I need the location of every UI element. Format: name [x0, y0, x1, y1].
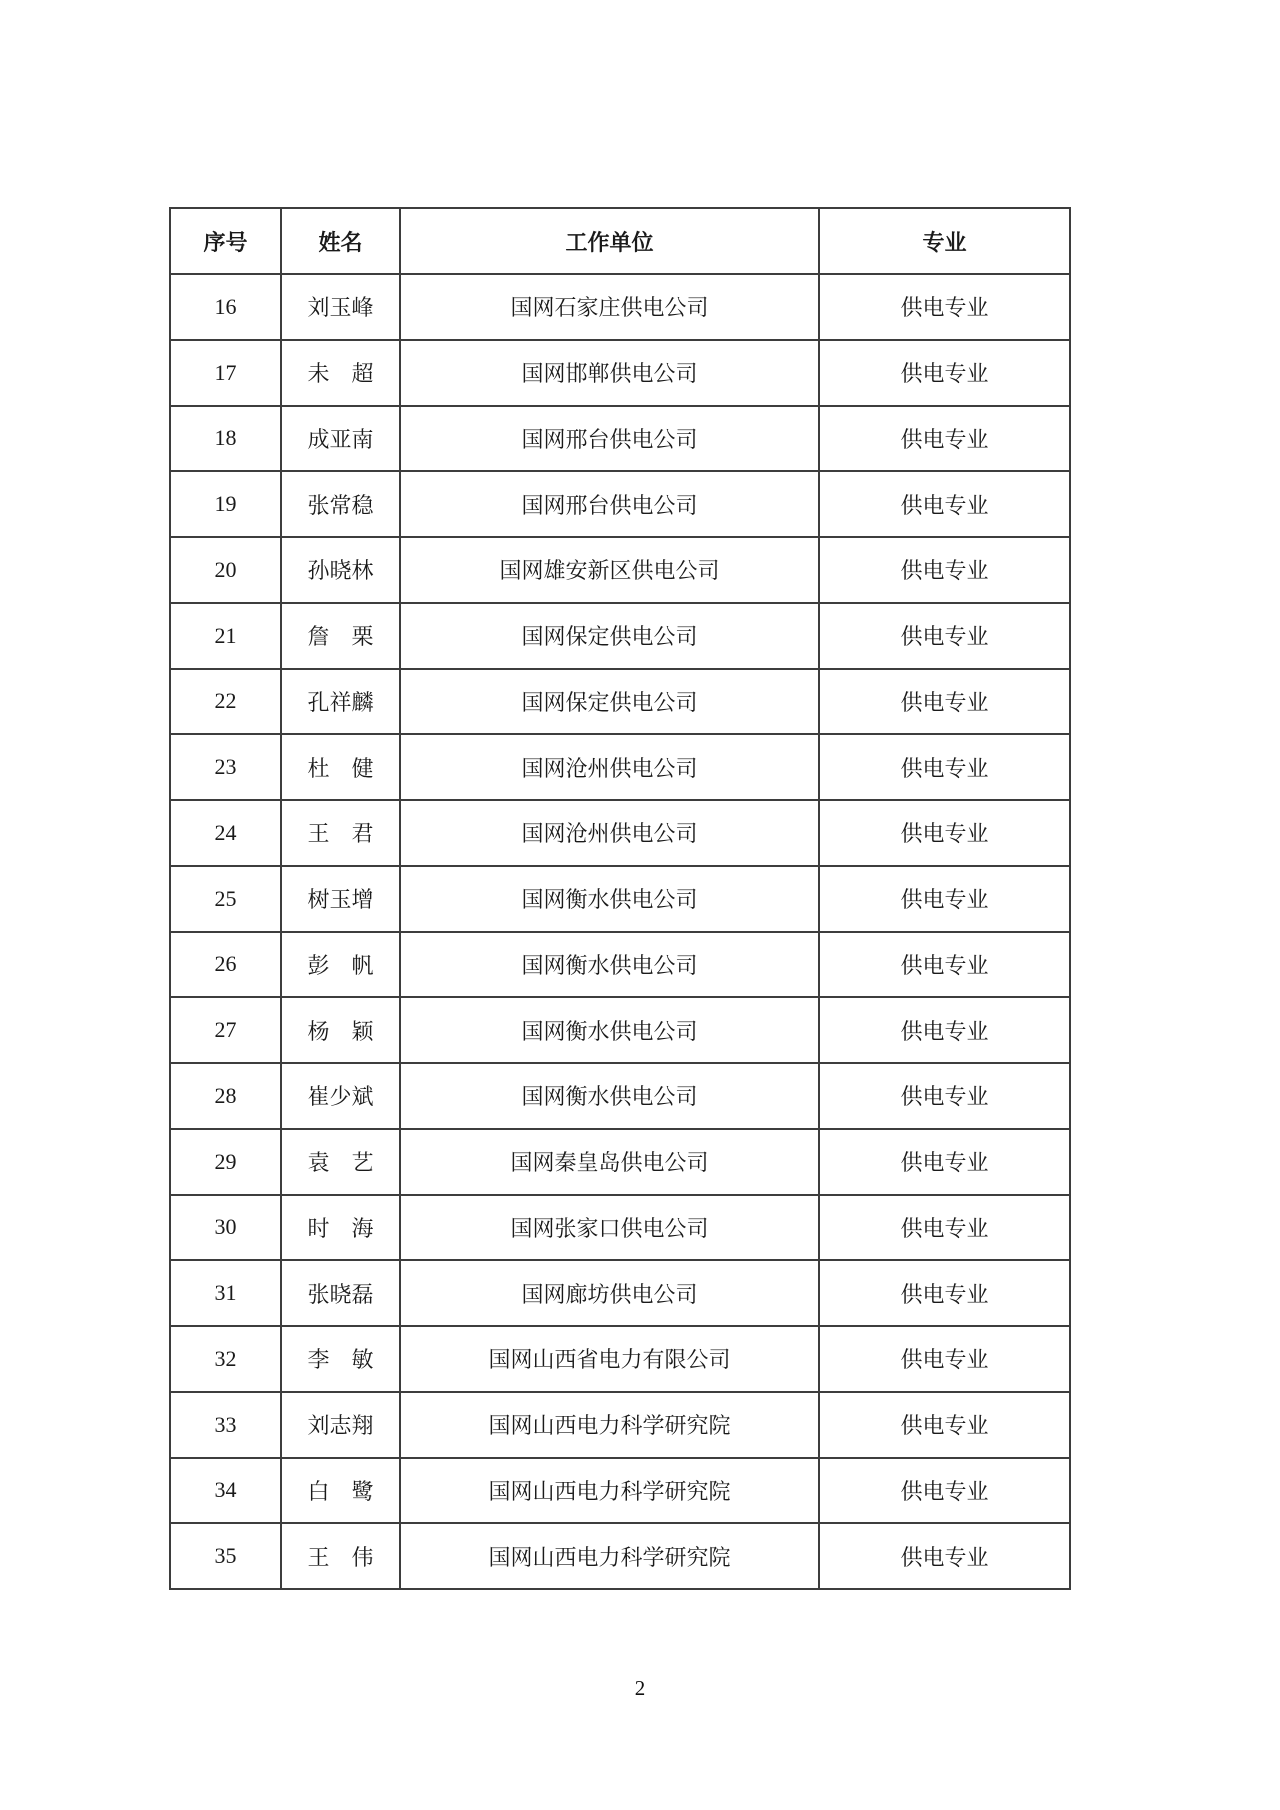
row-no: 18 [170, 406, 281, 472]
table-row: 28崔少斌国网衡水供电公司供电专业 [170, 1063, 1070, 1129]
row-name: 时 海 [281, 1195, 400, 1261]
row-name: 詹 栗 [281, 603, 400, 669]
row-name: 彭 帆 [281, 932, 400, 998]
row-no: 25 [170, 866, 281, 932]
row-major: 供电专业 [819, 406, 1070, 472]
row-unit: 国网山西电力科学研究院 [400, 1523, 819, 1589]
row-major: 供电专业 [819, 537, 1070, 603]
row-major: 供电专业 [819, 866, 1070, 932]
row-name: 袁 艺 [281, 1129, 400, 1195]
row-no: 35 [170, 1523, 281, 1589]
table-row: 17未 超国网邯郸供电公司供电专业 [170, 340, 1070, 406]
row-name: 张常稳 [281, 471, 400, 537]
table-body: 16刘玉峰国网石家庄供电公司供电专业17未 超国网邯郸供电公司供电专业18成亚南… [170, 274, 1070, 1589]
row-no: 22 [170, 669, 281, 735]
row-unit: 国网邢台供电公司 [400, 406, 819, 472]
header-cell-major: 专业 [819, 208, 1070, 274]
row-major: 供电专业 [819, 1458, 1070, 1524]
row-unit: 国网衡水供电公司 [400, 1063, 819, 1129]
row-no: 34 [170, 1458, 281, 1524]
row-name: 白 鹭 [281, 1458, 400, 1524]
row-no: 24 [170, 800, 281, 866]
row-no: 30 [170, 1195, 281, 1261]
row-name: 成亚南 [281, 406, 400, 472]
row-name: 未 超 [281, 340, 400, 406]
row-name: 李 敏 [281, 1326, 400, 1392]
row-no: 29 [170, 1129, 281, 1195]
row-unit: 国网衡水供电公司 [400, 866, 819, 932]
table-row: 32李 敏国网山西省电力有限公司供电专业 [170, 1326, 1070, 1392]
table-row: 24王 君国网沧州供电公司供电专业 [170, 800, 1070, 866]
row-no: 17 [170, 340, 281, 406]
row-unit: 国网廊坊供电公司 [400, 1260, 819, 1326]
row-unit: 国网衡水供电公司 [400, 997, 819, 1063]
table-row: 27杨 颖国网衡水供电公司供电专业 [170, 997, 1070, 1063]
row-name: 树玉增 [281, 866, 400, 932]
row-major: 供电专业 [819, 1260, 1070, 1326]
row-major: 供电专业 [819, 932, 1070, 998]
table-row: 35王 伟国网山西电力科学研究院供电专业 [170, 1523, 1070, 1589]
row-unit: 国网保定供电公司 [400, 669, 819, 735]
header-row: 序号 姓名 工作单位 专业 [170, 208, 1070, 274]
row-unit: 国网邯郸供电公司 [400, 340, 819, 406]
row-unit: 国网山西电力科学研究院 [400, 1392, 819, 1458]
row-no: 19 [170, 471, 281, 537]
row-name: 杜 健 [281, 734, 400, 800]
row-unit: 国网山西省电力有限公司 [400, 1326, 819, 1392]
row-no: 28 [170, 1063, 281, 1129]
row-name: 杨 颖 [281, 997, 400, 1063]
roster-table: 序号 姓名 工作单位 专业 16刘玉峰国网石家庄供电公司供电专业17未 超国网邯… [169, 207, 1071, 1590]
row-unit: 国网秦皇岛供电公司 [400, 1129, 819, 1195]
table-row: 19张常稳国网邢台供电公司供电专业 [170, 471, 1070, 537]
row-unit: 国网邢台供电公司 [400, 471, 819, 537]
row-unit: 国网山西电力科学研究院 [400, 1458, 819, 1524]
header-cell-name: 姓名 [281, 208, 400, 274]
row-major: 供电专业 [819, 274, 1070, 340]
row-major: 供电专业 [819, 603, 1070, 669]
row-major: 供电专业 [819, 1392, 1070, 1458]
row-major: 供电专业 [819, 471, 1070, 537]
table-row: 22孔祥麟国网保定供电公司供电专业 [170, 669, 1070, 735]
table-row: 21詹 栗国网保定供电公司供电专业 [170, 603, 1070, 669]
document-page: 序号 姓名 工作单位 专业 16刘玉峰国网石家庄供电公司供电专业17未 超国网邯… [0, 0, 1280, 1810]
row-no: 33 [170, 1392, 281, 1458]
table-row: 29袁 艺国网秦皇岛供电公司供电专业 [170, 1129, 1070, 1195]
row-name: 刘志翔 [281, 1392, 400, 1458]
row-unit: 国网雄安新区供电公司 [400, 537, 819, 603]
row-name: 刘玉峰 [281, 274, 400, 340]
row-major: 供电专业 [819, 997, 1070, 1063]
row-unit: 国网保定供电公司 [400, 603, 819, 669]
row-unit: 国网张家口供电公司 [400, 1195, 819, 1261]
table-row: 33刘志翔国网山西电力科学研究院供电专业 [170, 1392, 1070, 1458]
row-unit: 国网衡水供电公司 [400, 932, 819, 998]
table-row: 30时 海国网张家口供电公司供电专业 [170, 1195, 1070, 1261]
header-cell-no: 序号 [170, 208, 281, 274]
row-no: 20 [170, 537, 281, 603]
table-row: 26彭 帆国网衡水供电公司供电专业 [170, 932, 1070, 998]
row-major: 供电专业 [819, 1129, 1070, 1195]
row-name: 王 伟 [281, 1523, 400, 1589]
row-major: 供电专业 [819, 1523, 1070, 1589]
row-name: 王 君 [281, 800, 400, 866]
row-unit: 国网沧州供电公司 [400, 734, 819, 800]
row-major: 供电专业 [819, 1063, 1070, 1129]
page-number: 2 [0, 1676, 1280, 1701]
row-no: 23 [170, 734, 281, 800]
row-no: 31 [170, 1260, 281, 1326]
row-major: 供电专业 [819, 734, 1070, 800]
row-name: 孙晓林 [281, 537, 400, 603]
row-no: 16 [170, 274, 281, 340]
table-row: 18成亚南国网邢台供电公司供电专业 [170, 406, 1070, 472]
row-no: 32 [170, 1326, 281, 1392]
row-name: 崔少斌 [281, 1063, 400, 1129]
table-row: 16刘玉峰国网石家庄供电公司供电专业 [170, 274, 1070, 340]
table-row: 31张晓磊国网廊坊供电公司供电专业 [170, 1260, 1070, 1326]
row-unit: 国网沧州供电公司 [400, 800, 819, 866]
table-header: 序号 姓名 工作单位 专业 [170, 208, 1070, 274]
row-no: 21 [170, 603, 281, 669]
table-row: 34白 鹭国网山西电力科学研究院供电专业 [170, 1458, 1070, 1524]
row-name: 张晓磊 [281, 1260, 400, 1326]
table-row: 20孙晓林国网雄安新区供电公司供电专业 [170, 537, 1070, 603]
row-major: 供电专业 [819, 800, 1070, 866]
row-major: 供电专业 [819, 1326, 1070, 1392]
row-major: 供电专业 [819, 340, 1070, 406]
row-major: 供电专业 [819, 1195, 1070, 1261]
row-no: 26 [170, 932, 281, 998]
header-cell-unit: 工作单位 [400, 208, 819, 274]
row-no: 27 [170, 997, 281, 1063]
row-unit: 国网石家庄供电公司 [400, 274, 819, 340]
table-row: 23杜 健国网沧州供电公司供电专业 [170, 734, 1070, 800]
row-major: 供电专业 [819, 669, 1070, 735]
table-row: 25树玉增国网衡水供电公司供电专业 [170, 866, 1070, 932]
row-name: 孔祥麟 [281, 669, 400, 735]
